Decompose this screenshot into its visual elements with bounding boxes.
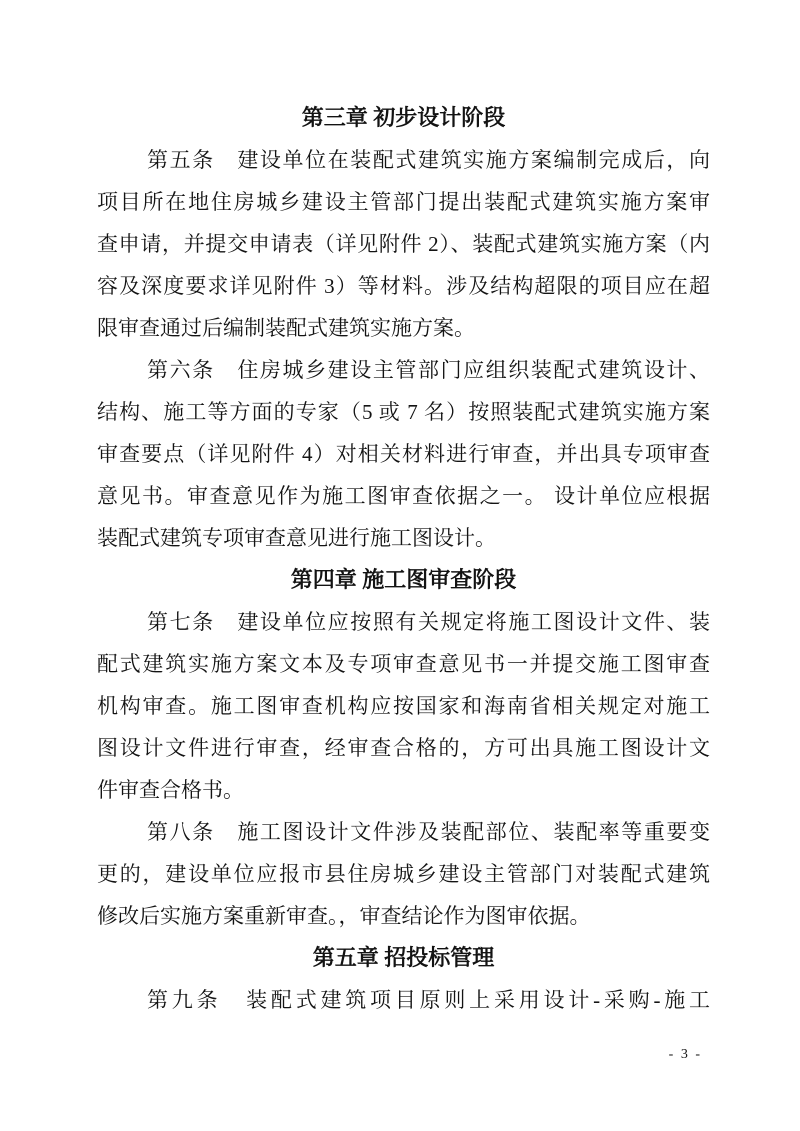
chapter-heading: 第四章 施工图审查阶段: [97, 559, 710, 601]
paragraph-line: 第七条 建设单位应按照有关规定将施工图设计文件、装: [97, 601, 710, 643]
document-page: 第三章 初步设计阶段第五条 建设单位在装配式建筑实施方案编制完成后，向项目所在地…: [0, 0, 800, 1131]
paragraph: 第六条 住房城乡建设主管部门应组织装配式建筑设计、结构、施工等方面的专家（5 或…: [97, 349, 710, 559]
paragraph-line: 第八条 施工图设计文件涉及装配部位、装配率等重要变: [97, 811, 710, 853]
paragraph-line: 更的，建设单位应报市县住房城乡建设主管部门对装配式建筑: [97, 853, 710, 895]
chapter-heading: 第五章 招投标管理: [97, 937, 710, 979]
paragraph-line: 机构审查。施工图审查机构应按国家和海南省相关规定对施工: [97, 685, 710, 727]
paragraph-line: 限审查通过后编制装配式建筑实施方案。: [97, 307, 710, 349]
paragraph: 第七条 建设单位应按照有关规定将施工图设计文件、装配式建筑实施方案文本及专项审查…: [97, 601, 710, 811]
paragraph: 第八条 施工图设计文件涉及装配部位、装配率等重要变更的，建设单位应报市县住房城乡…: [97, 811, 710, 937]
paragraph: 第九条 装配式建筑项目原则上采用设计-采购-施工: [97, 979, 710, 1021]
paragraph-line: 第六条 住房城乡建设主管部门应组织装配式建筑设计、: [97, 349, 710, 391]
paragraph-line: 第九条 装配式建筑项目原则上采用设计-采购-施工: [97, 979, 710, 1021]
paragraph-line: 审查要点（详见附件 4）对相关材料进行审查，并出具专项审查: [97, 433, 710, 475]
paragraph-line: 图设计文件进行审查，经审查合格的，方可出具施工图设计文: [97, 727, 710, 769]
paragraph-line: 装配式建筑专项审查意见进行施工图设计。: [97, 517, 710, 559]
paragraph-line: 配式建筑实施方案文本及专项审查意见书一并提交施工图审查: [97, 643, 710, 685]
paragraph-line: 结构、施工等方面的专家（5 或 7 名）按照装配式建筑实施方案: [97, 391, 710, 433]
paragraph-line: 项目所在地住房城乡建设主管部门提出装配式建筑实施方案审: [97, 181, 710, 223]
paragraph-line: 容及深度要求详见附件 3）等材料。涉及结构超限的项目应在超: [97, 265, 710, 307]
chapter-heading: 第三章 初步设计阶段: [97, 97, 710, 139]
page-number: - 3 -: [97, 1044, 710, 1066]
paragraph-line: 件审查合格书。: [97, 769, 710, 811]
paragraph: 第五条 建设单位在装配式建筑实施方案编制完成后，向项目所在地住房城乡建设主管部门…: [97, 139, 710, 349]
paragraph-line: 查申请，并提交申请表（详见附件 2）、装配式建筑实施方案（内: [97, 223, 710, 265]
paragraph-line: 修改后实施方案重新审查。，审查结论作为图审依据。: [97, 895, 710, 937]
document-content: 第三章 初步设计阶段第五条 建设单位在装配式建筑实施方案编制完成后，向项目所在地…: [97, 97, 710, 1021]
paragraph-line: 意见书。审查意见作为施工图审查依据之一。 设计单位应根据: [97, 475, 710, 517]
paragraph-line: 第五条 建设单位在装配式建筑实施方案编制完成后，向: [97, 139, 710, 181]
